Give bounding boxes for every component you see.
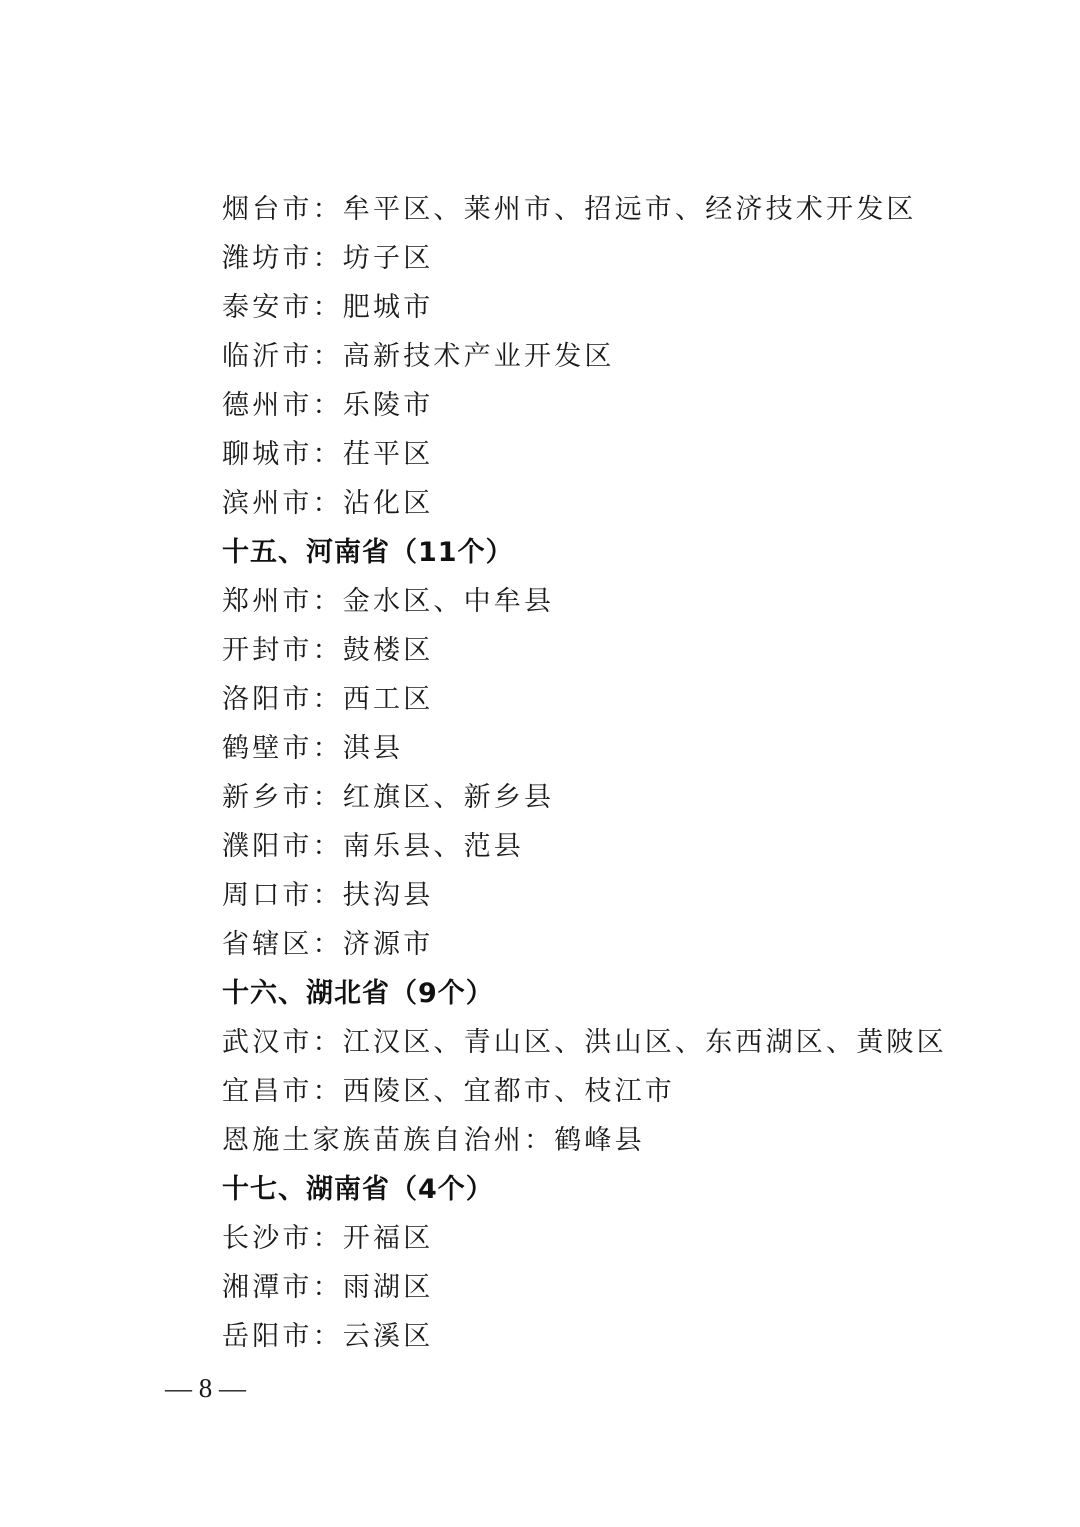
entry-binzhou: 滨州市：沾化区 [222, 479, 982, 528]
entry-puyang: 濮阳市：南乐县、范县 [222, 822, 982, 871]
entry-liaocheng: 聊城市：茌平区 [222, 430, 982, 479]
entry-zhoukou: 周口市：扶沟县 [222, 871, 982, 920]
entry-wuhan: 武汉市：江汉区、青山区、洪山区、东西湖区、黄陂区 [222, 1018, 982, 1067]
document-body: 烟台市：牟平区、莱州市、招远市、经济技术开发区 潍坊市：坊子区 泰安市：肥城市 … [222, 185, 982, 1361]
entry-luoyang: 洛阳市：西工区 [222, 675, 982, 724]
entry-kaifeng: 开封市：鼓楼区 [222, 626, 982, 675]
entry-xinxiang: 新乡市：红旗区、新乡县 [222, 773, 982, 822]
entry-zhengzhou: 郑州市：金水区、中牟县 [222, 577, 982, 626]
entry-changsha: 长沙市：开福区 [222, 1214, 982, 1263]
entry-taian: 泰安市：肥城市 [222, 283, 982, 332]
entry-hebi: 鹤壁市：淇县 [222, 724, 982, 773]
section-heading-hunan: 十七、湖南省（4个） [222, 1165, 982, 1214]
page-number: — 8 — [165, 1368, 246, 1408]
entry-xiangtan: 湘潭市：雨湖区 [222, 1263, 982, 1312]
entry-yantai: 烟台市：牟平区、莱州市、招远市、经济技术开发区 [222, 185, 982, 234]
section-heading-henan: 十五、河南省（11个） [222, 528, 982, 577]
entry-dezhou: 德州市：乐陵市 [222, 381, 982, 430]
section-heading-hubei: 十六、湖北省（9个） [222, 969, 982, 1018]
entry-yichang: 宜昌市：西陵区、宜都市、枝江市 [222, 1067, 982, 1116]
entry-province-direct: 省辖区：济源市 [222, 920, 982, 969]
entry-weifang: 潍坊市：坊子区 [222, 234, 982, 283]
entry-yueyang: 岳阳市：云溪区 [222, 1312, 982, 1361]
entry-enshi: 恩施土家族苗族自治州：鹤峰县 [222, 1116, 982, 1165]
entry-linyi: 临沂市：高新技术产业开发区 [222, 332, 982, 381]
document-page: 烟台市：牟平区、莱州市、招远市、经济技术开发区 潍坊市：坊子区 泰安市：肥城市 … [0, 0, 1080, 1527]
